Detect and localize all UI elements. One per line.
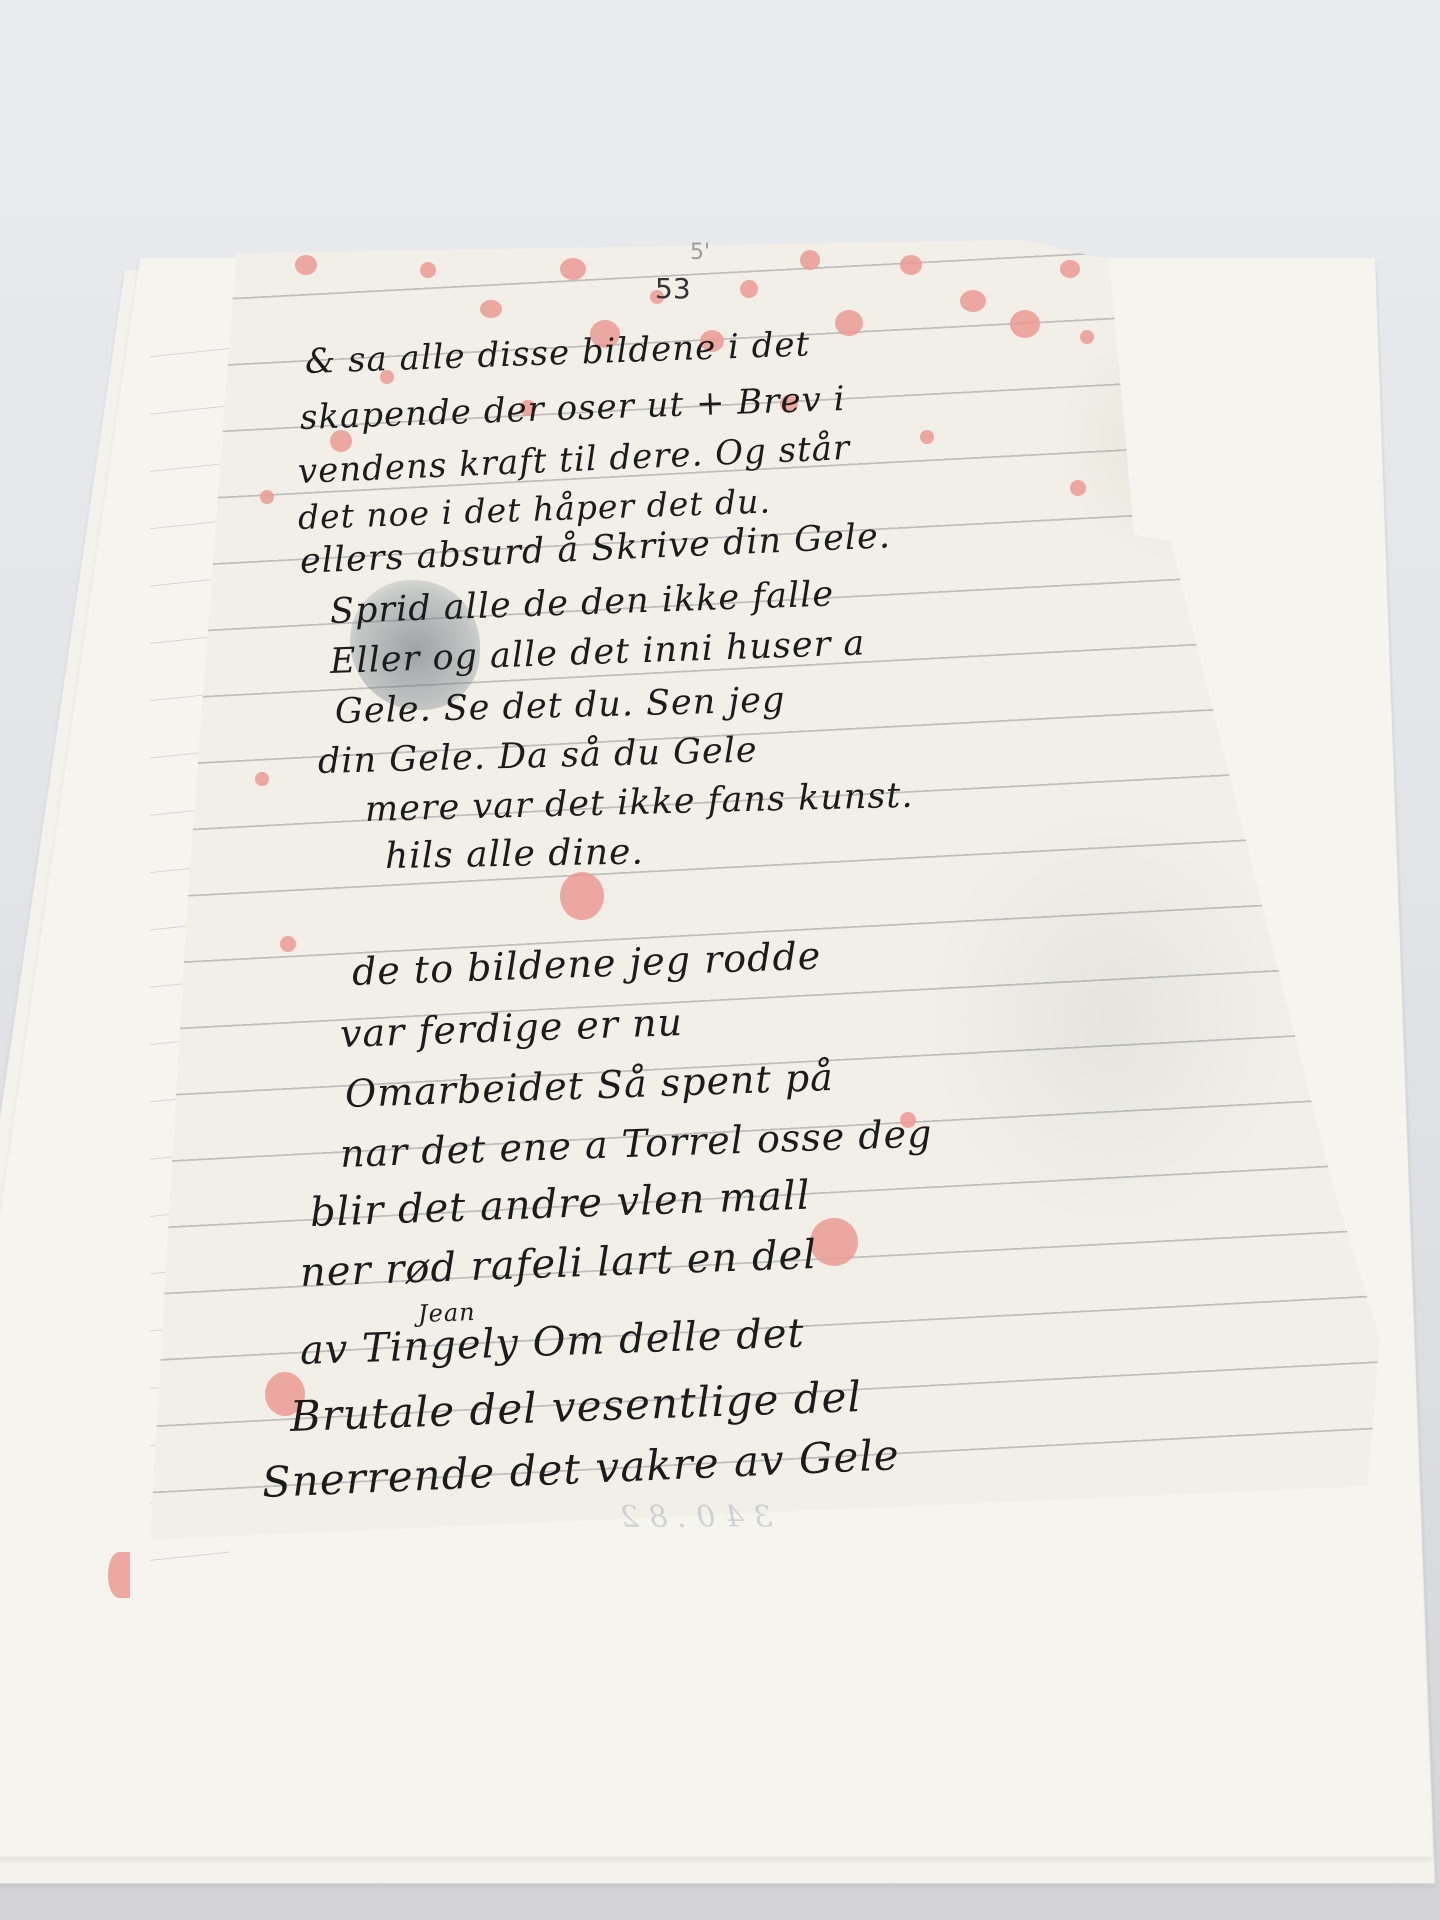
paint-splatter bbox=[1070, 480, 1086, 496]
paint-splatter bbox=[1010, 310, 1040, 338]
paint-splatter bbox=[1080, 330, 1094, 344]
paint-splatter bbox=[900, 255, 922, 275]
paint-splatter bbox=[108, 1552, 130, 1598]
paint-splatter bbox=[560, 258, 586, 280]
paint-splatter bbox=[480, 300, 502, 318]
paint-splatter bbox=[255, 772, 269, 786]
photo-scene: 5' 53 3 4 0 . 8 2 & sa alle disse bilden… bbox=[0, 0, 1440, 1920]
paint-splatter bbox=[260, 490, 274, 504]
paint-splatter bbox=[280, 936, 296, 952]
paint-splatter bbox=[835, 310, 863, 336]
paint-splatter bbox=[800, 250, 820, 270]
paint-splatter bbox=[740, 280, 758, 298]
paint-splatter bbox=[560, 872, 604, 920]
page-number-faint: 5' bbox=[690, 240, 710, 265]
handwritten-line: hils alle dine. bbox=[385, 831, 645, 877]
paint-splatter bbox=[810, 1218, 858, 1266]
paint-splatter bbox=[1060, 260, 1080, 278]
paint-splatter bbox=[420, 262, 436, 278]
page-number: 53 bbox=[655, 272, 691, 305]
paint-splatter bbox=[920, 430, 934, 444]
show-through-text: 3 4 0 . 8 2 bbox=[620, 1500, 773, 1535]
paint-splatter bbox=[960, 290, 986, 312]
paint-splatter bbox=[295, 255, 317, 275]
